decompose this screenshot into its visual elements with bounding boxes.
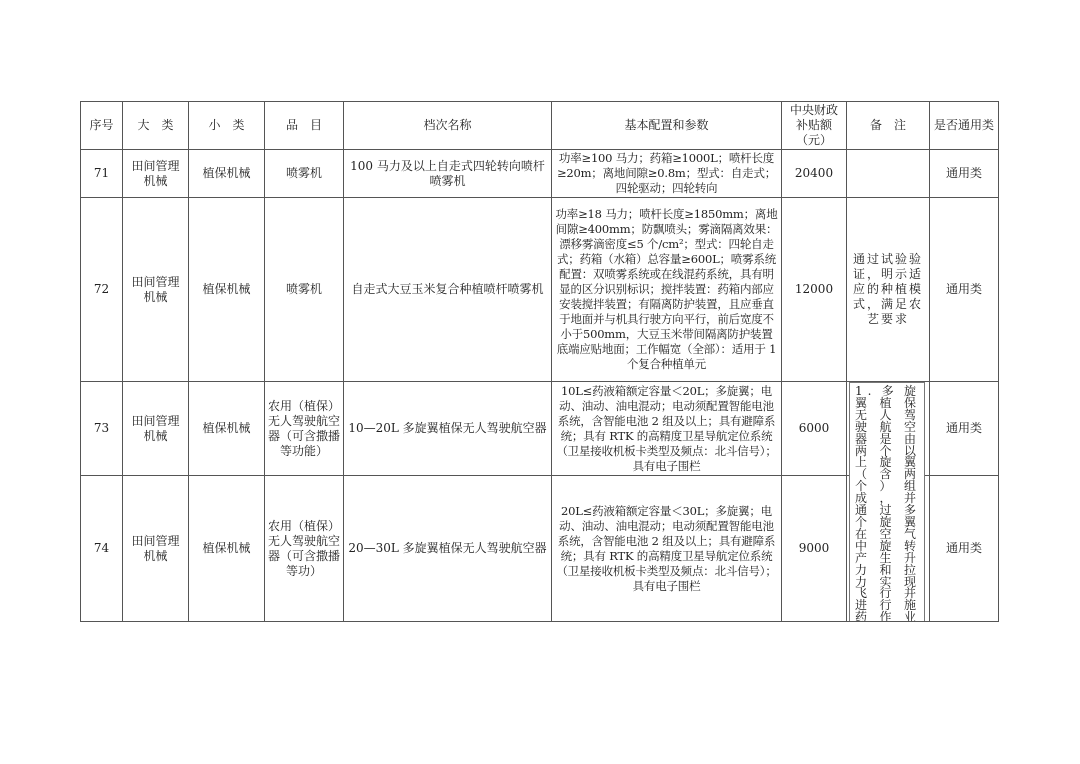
header-item: 品 目 bbox=[265, 102, 344, 150]
table-row: 72 田间管理机械 植保机械 喷雾机 自走式大豆玉米复合种植喷杆喷雾机 功率≥1… bbox=[81, 198, 999, 382]
cell-subsidy: 9000 bbox=[782, 476, 847, 622]
cell-major: 田间管理机械 bbox=[123, 382, 189, 476]
cell-seq: 71 bbox=[81, 150, 123, 198]
header-major: 大 类 bbox=[123, 102, 189, 150]
cell-remarks bbox=[847, 150, 930, 198]
cell-minor: 植保机械 bbox=[189, 150, 265, 198]
cell-item: 农用（植保）无人驾驶航空器（可含撒播等功能） bbox=[265, 382, 344, 476]
header-seq: 序号 bbox=[81, 102, 123, 150]
cell-grade: 20—30L 多旋翼植保无人驾驶航空器 bbox=[344, 476, 552, 622]
cell-params: 20L≤药液箱额定容量＜30L；多旋翼；电动、油动、油电混动；电动须配置智能电池… bbox=[552, 476, 782, 622]
header-general: 是否通用类 bbox=[930, 102, 999, 150]
header-minor: 小 类 bbox=[189, 102, 265, 150]
cell-minor: 植保机械 bbox=[189, 198, 265, 382]
cell-major: 田间管理机械 bbox=[123, 198, 189, 382]
cell-minor: 植保机械 bbox=[189, 476, 265, 622]
cell-major: 田间管理机械 bbox=[123, 476, 189, 622]
header-grade: 档次名称 bbox=[344, 102, 552, 150]
cell-params: 功率≥100 马力；药箱≥1000L；喷杆长度≥20m；离地间隙≥0.8m；型式… bbox=[552, 150, 782, 198]
cell-seq: 73 bbox=[81, 382, 123, 476]
cell-subsidy: 20400 bbox=[782, 150, 847, 198]
header-row: 序号 大 类 小 类 品 目 档次名称 基本配置和参数 中央财政补贴额（元） 备… bbox=[81, 102, 999, 150]
cell-seq: 74 bbox=[81, 476, 123, 622]
cell-subsidy: 6000 bbox=[782, 382, 847, 476]
cell-item: 喷雾机 bbox=[265, 198, 344, 382]
cell-remarks: 通过试验验证，明示适应的种植模式，满足农艺要求 bbox=[847, 198, 930, 382]
cell-general: 通用类 bbox=[930, 198, 999, 382]
cell-item: 喷雾机 bbox=[265, 150, 344, 198]
header-subsidy: 中央财政补贴额（元） bbox=[782, 102, 847, 150]
cell-grade: 10—20L 多旋翼植保无人驾驶航空器 bbox=[344, 382, 552, 476]
cell-general: 通用类 bbox=[930, 150, 999, 198]
drone-remarks-note: 1.多旋翼植保无人驾驶航空器是由两个以上旋翼（含两个）组成，并通过多个旋翼在空气… bbox=[849, 382, 925, 621]
cell-general: 通用类 bbox=[930, 476, 999, 622]
cell-subsidy: 12000 bbox=[782, 198, 847, 382]
cell-params: 10L≤药液箱额定容量＜20L；多旋翼；电动、油动、油电混动；电动须配置智能电池… bbox=[552, 382, 782, 476]
header-remarks: 备 注 bbox=[847, 102, 930, 150]
table-row: 71 田间管理机械 植保机械 喷雾机 100 马力及以上自走式四轮转向喷杆喷雾机… bbox=[81, 150, 999, 198]
cell-major: 田间管理机械 bbox=[123, 150, 189, 198]
cell-item: 农用（植保）无人驾驶航空器（可含撒播等功） bbox=[265, 476, 344, 622]
cell-grade: 100 马力及以上自走式四轮转向喷杆喷雾机 bbox=[344, 150, 552, 198]
cell-seq: 72 bbox=[81, 198, 123, 382]
cell-general: 通用类 bbox=[930, 382, 999, 476]
cell-grade: 自走式大豆玉米复合种植喷杆喷雾机 bbox=[344, 198, 552, 382]
cell-params: 功率≥18 马力；喷杆长度≥1850mm；离地间隙≥400mm；防飘喷头；雾滴隔… bbox=[552, 198, 782, 382]
header-params: 基本配置和参数 bbox=[552, 102, 782, 150]
cell-minor: 植保机械 bbox=[189, 382, 265, 476]
